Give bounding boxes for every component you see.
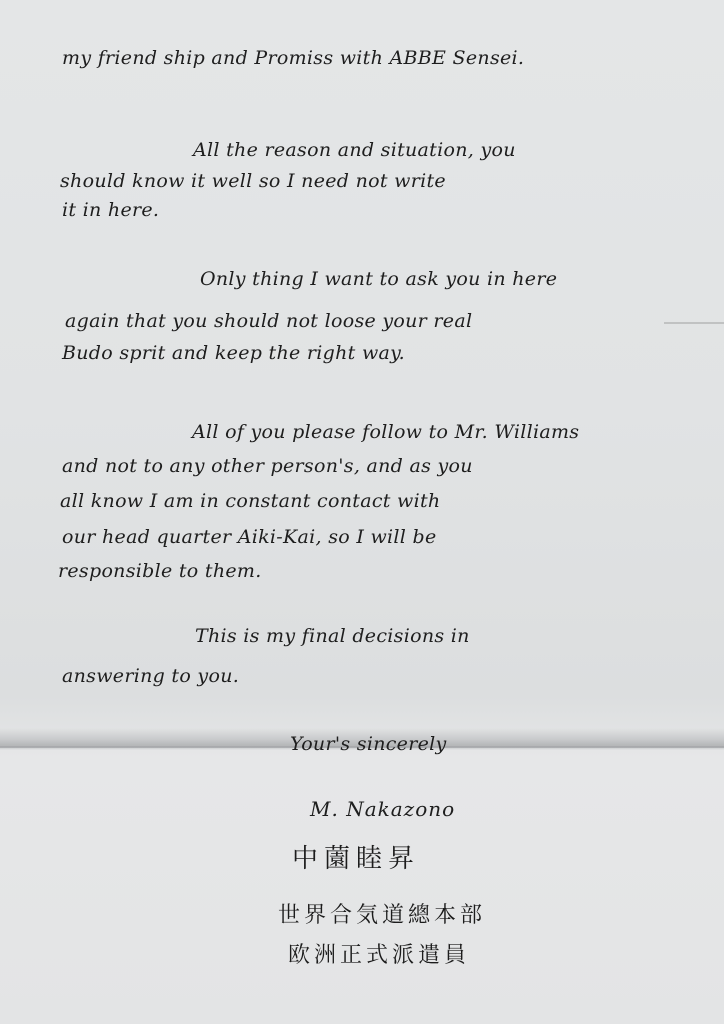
- letter-line: should know it well so I need not write: [60, 170, 446, 192]
- letter-line: my friend ship and Promiss with ABBE Sen…: [62, 47, 524, 69]
- letter-line: again that you should not loose your rea…: [65, 310, 472, 332]
- signature-title-line2: 欧洲正式派遣員: [288, 938, 470, 969]
- signature-title-line1: 世界合気道總本部: [278, 898, 486, 929]
- letter-line: responsible to them.: [58, 560, 262, 582]
- letter-line: This is my final decisions in: [195, 625, 470, 647]
- letter-line: Budo sprit and keep the right way.: [62, 342, 405, 364]
- letter-line: it in here.: [62, 199, 159, 221]
- letter-line: and not to any other person's, and as yo…: [62, 455, 473, 477]
- letter-line: all know I am in constant contact with: [60, 490, 440, 512]
- letter-line: answering to you.: [62, 665, 239, 687]
- signature-kanji-name: 中薗睦昇: [292, 838, 420, 875]
- signature-latin: M. Nakazono: [310, 797, 455, 821]
- letter-line: Only thing I want to ask you in here: [200, 268, 557, 290]
- paper-crease: [664, 322, 724, 324]
- letter-line: All the reason and situation, you: [193, 139, 516, 161]
- letter-line: All of you please follow to Mr. Williams: [192, 421, 579, 443]
- closing-text: Your's sincerely: [290, 733, 447, 755]
- letter-line: our head quarter Aiki-Kai, so I will be: [62, 526, 437, 548]
